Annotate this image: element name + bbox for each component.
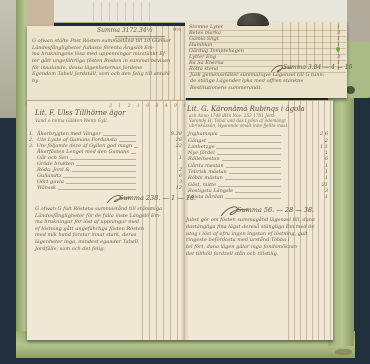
summa-line: Summa 238. — 1 — 18. bbox=[119, 195, 196, 202]
ledger-row: Wänssk 12 bbox=[29, 185, 184, 191]
right-page-subtitles: ach Anno 1748 dHn Nov: 253 1781 Jord:Var… bbox=[189, 114, 334, 130]
summa-line: Summa 3172.34⅓ bbox=[97, 28, 152, 34]
right-page-rows: Jnghamspla 2 6 Gängst 2 Lanbetzge 1 1 bbox=[188, 131, 332, 200]
handwritten-note: G ofwan G fult Röstens summastånd till s… bbox=[35, 207, 185, 253]
note-line: by. bbox=[32, 79, 184, 86]
under-sheet-edge bbox=[27, 0, 54, 26]
ledger-row: Löista bårdan 1 bbox=[188, 194, 332, 200]
handwritten-note: G ofwan stälte Post Rösten summastånd ti… bbox=[32, 39, 184, 86]
summa-rule bbox=[115, 36, 165, 37]
subtitle-line: ubrinkåssön, Hyarande smält inne fjellte… bbox=[189, 124, 334, 129]
note-line: Egendom Tabell Jordställ, som och den fe… bbox=[32, 72, 184, 79]
margin-value: 9⅓ bbox=[173, 28, 181, 33]
sheet-upper-left: Summa 3172.34⅓ 9⅓ G ofwan stälte Post Rö… bbox=[27, 26, 186, 102]
left-page-title: Lit. F. Ulss Tillhörne ägor bbox=[35, 110, 125, 117]
oval-ink-stamp-icon bbox=[237, 13, 269, 26]
backdrop-strip-left bbox=[0, 0, 17, 118]
green-speck bbox=[336, 47, 340, 51]
ink-smudge bbox=[346, 86, 355, 94]
top-sheet-strip bbox=[49, 0, 347, 23]
sheet-main: 3 1 2 1 9 8 4 9 1 Lit. F. Ulss Tillhörne… bbox=[27, 100, 333, 340]
faint-column-rules bbox=[93, 2, 157, 21]
manuscript-photo: Summa 3172.34⅓ 9⅓ G ofwan stälte Post Rö… bbox=[0, 0, 370, 364]
left-page-subtitle: Vand o mima Gälden Wenn Gyll. bbox=[35, 120, 108, 125]
summa-line: Summa 56. — 28 — 38. bbox=[237, 207, 314, 214]
mat-smudge bbox=[335, 349, 352, 355]
note-line: Jordfälle, som och det felig. bbox=[35, 247, 185, 254]
right-page-title: Lit. G. Käronämä Rubinqs i ägola bbox=[187, 106, 305, 113]
summa-line: Summa 3.84 — 4 — 16 bbox=[283, 65, 352, 71]
sheet-upper-right: Stomne Lytet 1 Betes marka 3 Gamla Sligt… bbox=[185, 22, 347, 98]
left-page-rows: 1. Åkerbrygten med Vänger 9.38 2. Ute Ly… bbox=[29, 131, 184, 191]
note-line: det tillhöll fordzell stån och tillstili… bbox=[186, 252, 336, 259]
note-line: Restitutionens summerandt. bbox=[190, 86, 342, 92]
handwritten-note: Jubst gör om fösten summagånd lägenzel t… bbox=[186, 218, 336, 259]
handwritten-note: Jusk gemensstälter summatiqve Lägenzel t… bbox=[190, 73, 342, 92]
